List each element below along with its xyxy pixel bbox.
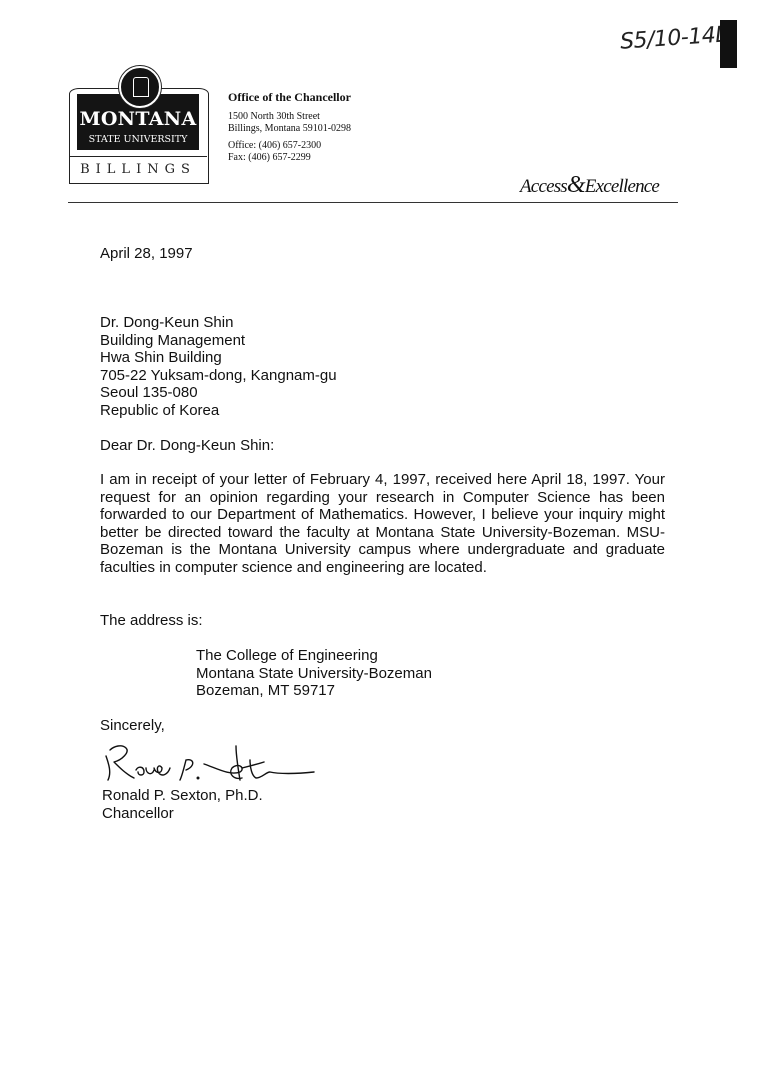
office-fax-line: Fax: (406) 657-2299 <box>228 152 321 164</box>
office-address-line: 1500 North 30th Street <box>228 111 351 123</box>
recipient-address: Dr. Dong-Keun Shin Building Management H… <box>100 314 337 420</box>
forwarding-address-line: The College of Engineering <box>196 647 432 665</box>
redaction-bar <box>720 20 737 68</box>
signer-block: Ronald P. Sexton, Ph.D. Chancellor <box>102 787 263 822</box>
forwarding-address-line: Montana State University-Bozeman <box>196 665 432 683</box>
tagline-part1: Access <box>520 176 567 197</box>
recipient-line: Hwa Shin Building <box>100 349 337 367</box>
office-address: 1500 North 30th Street Billings, Montana… <box>228 111 351 134</box>
body-paragraph: I am in receipt of your letter of Februa… <box>100 471 665 577</box>
logo-subtitle: STATE UNIVERSITY <box>77 134 199 145</box>
office-phone-line: Office: (406) 657-2300 <box>228 140 321 152</box>
tagline-part2: Excellence <box>585 176 659 197</box>
office-phones: Office: (406) 657-2300 Fax: (406) 657-22… <box>228 140 321 163</box>
closing: Sincerely, <box>100 717 165 735</box>
building-dome-icon <box>119 66 161 108</box>
letter-date: April 28, 1997 <box>100 245 193 263</box>
office-address-line: Billings, Montana 59101-0298 <box>228 123 351 135</box>
signer-name: Ronald P. Sexton, Ph.D. <box>102 787 263 805</box>
salutation: Dear Dr. Dong-Keun Shin: <box>100 437 274 455</box>
forwarding-address: The College of Engineering Montana State… <box>196 647 432 700</box>
recipient-line: Building Management <box>100 332 337 350</box>
handwritten-signature <box>100 738 320 793</box>
recipient-line: Dr. Dong-Keun Shin <box>100 314 337 332</box>
handwritten-file-number: S5/10-14L <box>619 22 728 54</box>
address-intro: The address is: <box>100 612 203 630</box>
recipient-line: 705-22 Yuksam-dong, Kangnam-gu <box>100 367 337 385</box>
university-logo: MONTANA STATE UNIVERSITY BILLINGS <box>69 66 209 184</box>
signer-title: Chancellor <box>102 805 263 823</box>
tagline-ampersand: & <box>567 172 585 198</box>
tagline: Access&Excellence <box>520 172 659 199</box>
recipient-line: Seoul 135-080 <box>100 384 337 402</box>
recipient-line: Republic of Korea <box>100 402 337 420</box>
office-title: Office of the Chancellor <box>228 90 351 105</box>
logo-name: MONTANA <box>77 108 199 130</box>
logo-campus: BILLINGS <box>69 162 207 177</box>
letterhead-rule <box>68 202 678 203</box>
forwarding-address-line: Bozeman, MT 59717 <box>196 682 432 700</box>
